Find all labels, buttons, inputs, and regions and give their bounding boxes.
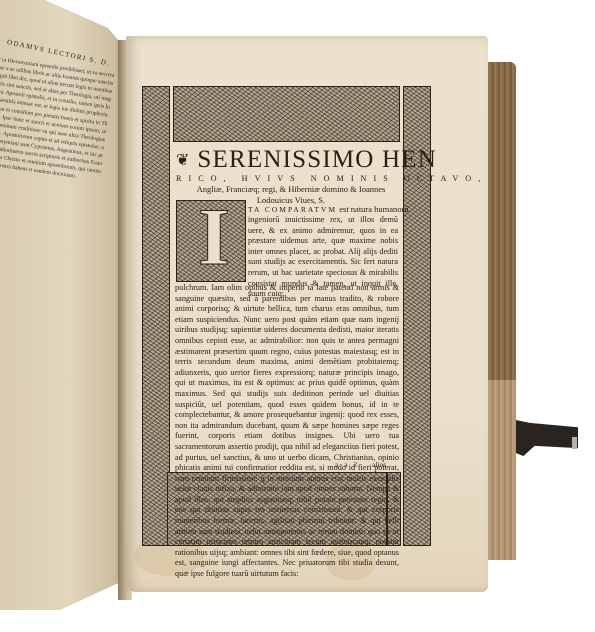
opening-line: TA COMPARATVM est natura humanorũ [248, 204, 409, 214]
title-main: SERENISSIMO HEN [197, 146, 437, 174]
dedication-title: ❦ SERENISSIMO HEN [176, 146, 437, 174]
opening-caps: TA COMPARATVM [248, 205, 337, 214]
title-sub: RICO, HVIVS NOMINIS OCTAVO, [176, 174, 487, 183]
clasp-tip [572, 437, 577, 449]
catchword: alios [372, 460, 386, 469]
woodcut-border-left [142, 86, 170, 546]
decorated-initial: I [198, 196, 230, 278]
book-photograph: ODAMVS LECTORI S. D. qui in Hieronymiani… [0, 0, 595, 632]
signature-mark: a a 2 [335, 460, 359, 469]
opening-rest: est natura humanorũ [337, 204, 409, 214]
fleuron-icon: ❦ [176, 150, 189, 170]
body-text: pulchrum. Iam olim opibus & imperio tã l… [175, 283, 399, 580]
clasp-icon [516, 420, 578, 456]
left-page-text: qui in Hieronymiani epistolis prodidisse… [0, 55, 115, 184]
left-page: ODAMVS LECTORI S. D. qui in Hieronymiani… [0, 0, 125, 610]
woodcut-header-panel [173, 86, 400, 142]
book-fore-edge-lower [484, 380, 516, 560]
